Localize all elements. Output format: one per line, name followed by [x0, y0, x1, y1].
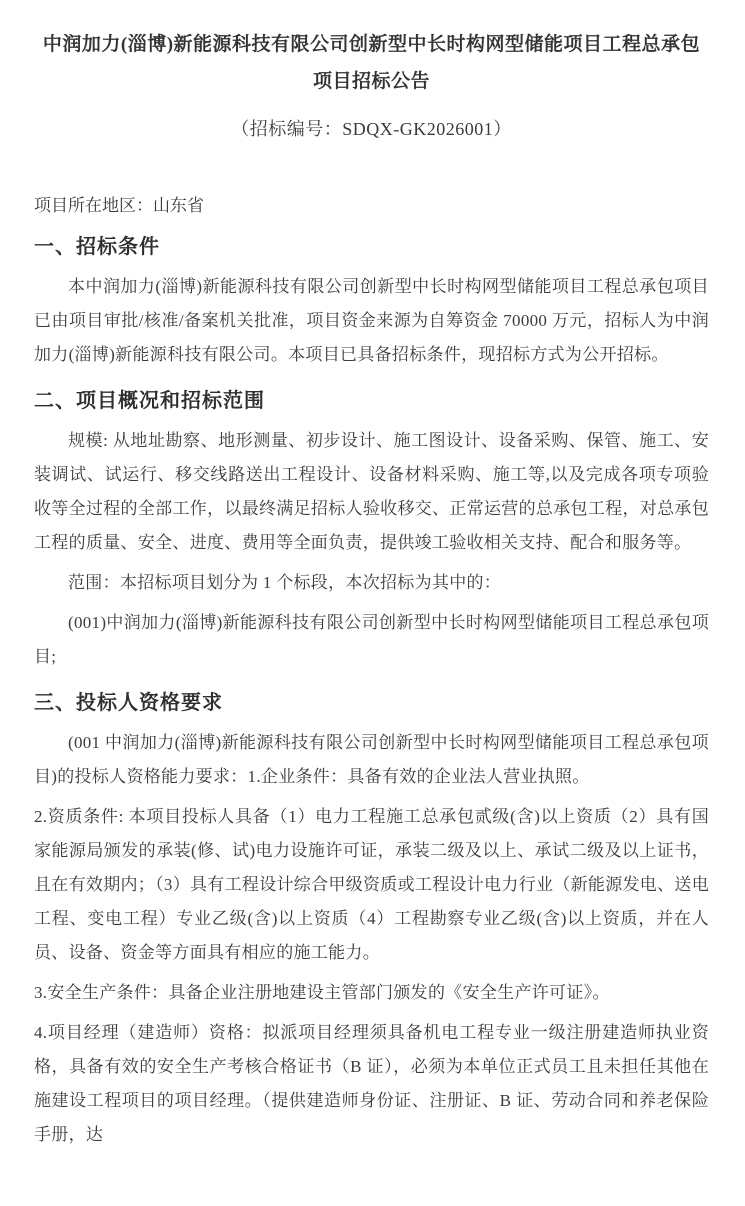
qualification-item-2-paragraph: 2.资质条件: 本项目投标人具备（1）电力工程施工总承包贰级(含)以上资质（2）…: [34, 800, 709, 970]
document-title: 中润加力(淄博)新能源科技有限公司创新型中长时构网型储能项目工程总承包项目招标公…: [34, 26, 709, 100]
project-scale-paragraph: 规模: 从地址勘察、地形测量、初步设计、施工图设计、设备采购、保管、施工、安装调…: [34, 424, 709, 560]
section-tender-conditions: 一、招标条件 本中润加力(淄博)新能源科技有限公司创新型中长时构网型储能项目工程…: [34, 232, 709, 372]
tender-conditions-paragraph: 本中润加力(淄博)新能源科技有限公司创新型中长时构网型储能项目工程总承包项目已由…: [34, 270, 709, 372]
project-location: 项目所在地区：山东省: [34, 194, 709, 218]
section-project-overview: 二、项目概况和招标范围 规模: 从地址勘察、地形测量、初步设计、施工图设计、设备…: [34, 386, 709, 674]
document-page: 中润加力(淄博)新能源科技有限公司创新型中长时构网型储能项目工程总承包项目招标公…: [0, 0, 745, 1206]
section-1-heading: 一、招标条件: [34, 232, 709, 262]
section-3-heading: 三、投标人资格要求: [34, 688, 709, 718]
bid-lot-paragraph: (001)中润加力(淄博)新能源科技有限公司创新型中长时构网型储能项目工程总承包…: [34, 606, 709, 674]
tender-number: （招标编号：SDQX-GK2026001）: [34, 116, 709, 142]
section-bidder-qualification: 三、投标人资格要求 (001 中润加力(淄博)新能源科技有限公司创新型中长时构网…: [34, 688, 709, 1152]
qualification-item-3-paragraph: 3.安全生产条件：具备企业注册地建设主管部门颁发的《安全生产许可证》。: [34, 976, 709, 1010]
qualification-intro-paragraph: (001 中润加力(淄博)新能源科技有限公司创新型中长时构网型储能项目工程总承包…: [34, 726, 709, 794]
qualification-item-4-paragraph: 4.项目经理（建造师）资格：拟派项目经理须具备机电工程专业一级注册建造师执业资格…: [34, 1016, 709, 1152]
tender-scope-paragraph: 范围：本招标项目划分为 1 个标段，本次招标为其中的：: [34, 566, 709, 600]
section-2-heading: 二、项目概况和招标范围: [34, 386, 709, 416]
